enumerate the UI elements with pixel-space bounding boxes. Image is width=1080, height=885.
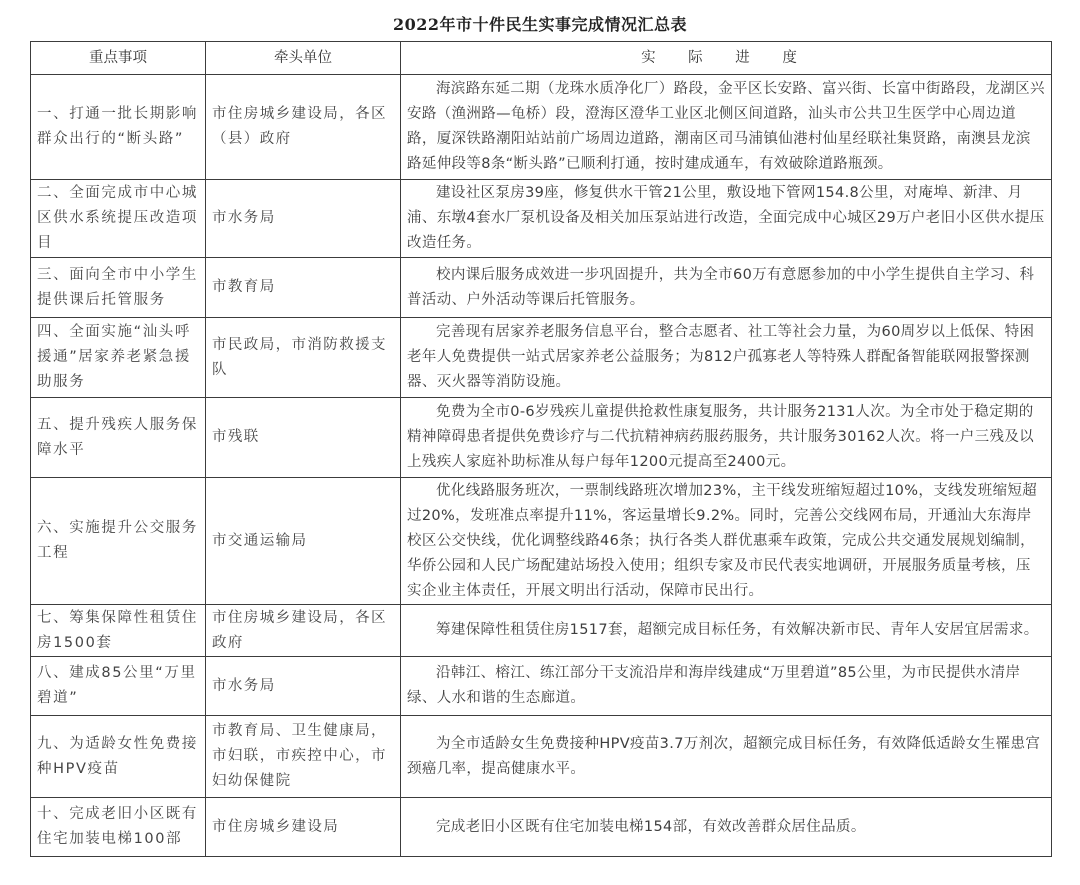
lead-unit-cell: 市水务局: [206, 657, 401, 716]
header-lead-unit: 牵头单位: [206, 42, 401, 75]
table-row: 六、实施提升公交服务工程 市交通运输局 优化线路服务班次，一票制线路班次增加23…: [31, 478, 1052, 605]
table-row: 五、提升残疾人服务保障水平 市残联 免费为全市0-6岁残疾儿童提供抢救性康复服务…: [31, 398, 1052, 478]
progress-cell: 为全市适龄女生免费接种HPV疫苗3.7万剂次，超额完成目标任务，有效降低适龄女生…: [401, 716, 1052, 798]
table-row: 一、打通一批长期影响群众出行的“断头路” 市住房城乡建设局，各区（县）政府 海滨…: [31, 75, 1052, 180]
table-row: 二、全面完成市中心城区供水系统提压改造项目 市水务局 建设社区泵房39座，修复供…: [31, 180, 1052, 258]
lead-unit-cell: 市住房城乡建设局，各区政府: [206, 605, 401, 657]
lead-unit-cell: 市残联: [206, 398, 401, 478]
key-item-cell: 四、全面实施“汕头呼援通”居家养老紧急援助服务: [31, 318, 206, 398]
summary-table: 重点事项 牵头单位 实 际 进 度 一、打通一批长期影响群众出行的“断头路” 市…: [30, 41, 1052, 857]
lead-unit-cell: 市住房城乡建设局，各区（县）政府: [206, 75, 401, 180]
lead-unit-cell: 市民政局，市消防救援支队: [206, 318, 401, 398]
table-header-row: 重点事项 牵头单位 实 际 进 度: [31, 42, 1052, 75]
progress-cell: 完成老旧小区既有住宅加装电梯154部，有效改善群众居住品质。: [401, 798, 1052, 857]
key-item-cell: 三、面向全市中小学生提供课后托管服务: [31, 258, 206, 318]
progress-cell: 优化线路服务班次，一票制线路班次增加23%，主干线发班缩短超过10%，支线发班缩…: [401, 478, 1052, 605]
key-item-cell: 一、打通一批长期影响群众出行的“断头路”: [31, 75, 206, 180]
key-item-cell: 八、建成85公里“万里碧道”: [31, 657, 206, 716]
key-item-cell: 五、提升残疾人服务保障水平: [31, 398, 206, 478]
table-row: 十、完成老旧小区既有住宅加装电梯100部 市住房城乡建设局 完成老旧小区既有住宅…: [31, 798, 1052, 857]
progress-cell: 校内课后服务成效进一步巩固提升，共为全市60万有意愿参加的中小学生提供自主学习、…: [401, 258, 1052, 318]
key-item-cell: 七、筹集保障性租赁住房1500套: [31, 605, 206, 657]
lead-unit-cell: 市交通运输局: [206, 478, 401, 605]
lead-unit-cell: 市教育局: [206, 258, 401, 318]
header-key-item: 重点事项: [31, 42, 206, 75]
key-item-cell: 二、全面完成市中心城区供水系统提压改造项目: [31, 180, 206, 258]
lead-unit-cell: 市教育局、卫生健康局，市妇联，市疾控中心，市妇幼保健院: [206, 716, 401, 798]
table-row: 四、全面实施“汕头呼援通”居家养老紧急援助服务 市民政局，市消防救援支队 完善现…: [31, 318, 1052, 398]
progress-cell: 建设社区泵房39座，修复供水干管21公里，敷设地下管网154.8公里，对庵埠、新…: [401, 180, 1052, 258]
progress-cell: 免费为全市0-6岁残疾儿童提供抢救性康复服务，共计服务2131人次。为全市处于稳…: [401, 398, 1052, 478]
key-item-cell: 十、完成老旧小区既有住宅加装电梯100部: [31, 798, 206, 857]
table-row: 七、筹集保障性租赁住房1500套 市住房城乡建设局，各区政府 筹建保障性租赁住房…: [31, 605, 1052, 657]
header-actual-progress: 实 际 进 度: [401, 42, 1052, 75]
table-row: 八、建成85公里“万里碧道” 市水务局 沿韩江、榕江、练江部分干支流沿岸和海岸线…: [31, 657, 1052, 716]
progress-cell: 沿韩江、榕江、练江部分干支流沿岸和海岸线建成“万里碧道”85公里，为市民提供水清…: [401, 657, 1052, 716]
table-row: 三、面向全市中小学生提供课后托管服务 市教育局 校内课后服务成效进一步巩固提升，…: [31, 258, 1052, 318]
key-item-cell: 六、实施提升公交服务工程: [31, 478, 206, 605]
table-row: 九、为适龄女性免费接种HPV疫苗 市教育局、卫生健康局，市妇联，市疾控中心，市妇…: [31, 716, 1052, 798]
document-title: 2022年市十件民生实事完成情况汇总表: [0, 12, 1080, 35]
lead-unit-cell: 市水务局: [206, 180, 401, 258]
progress-cell: 海滨路东延二期（龙珠水质净化厂）路段，金平区长安路、富兴街、长富中街路段，龙湖区…: [401, 75, 1052, 180]
key-item-cell: 九、为适龄女性免费接种HPV疫苗: [31, 716, 206, 798]
progress-cell: 完善现有居家养老服务信息平台，整合志愿者、社工等社会力量，为60周岁以上低保、特…: [401, 318, 1052, 398]
lead-unit-cell: 市住房城乡建设局: [206, 798, 401, 857]
progress-cell: 筹建保障性租赁住房1517套，超额完成目标任务，有效解决新市民、青年人安居宜居需…: [401, 605, 1052, 657]
